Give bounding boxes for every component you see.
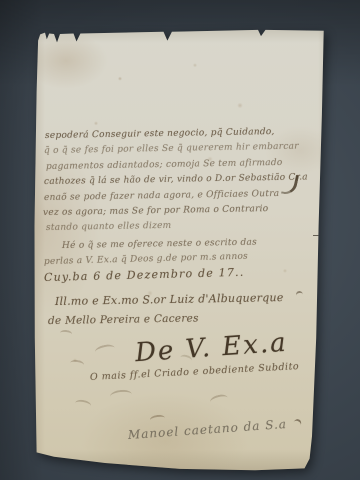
body-line-5: enaõ se pode fazer nada agora, e Officia… [44,189,280,203]
manuscript-paper: sepoderá Conseguir este negocio, pq̃ Cui… [30,25,330,472]
addressee-line-2: de Mello Pereira e Caceres [48,312,199,327]
edge-ink-tick [313,235,321,236]
body-line-9: perlas a V. Ex.a q̃ Deos g.de por m.s an… [44,252,248,267]
ink-bleed-mark [74,399,91,411]
body-line-1: sepoderá Conseguir este negocio, pq̃ Cui… [45,127,275,141]
ink-flourish-stroke [281,173,299,196]
ink-bleed-mark [291,418,302,430]
body-line-7: stando quanto elles dizem [46,221,172,233]
ink-bleed-mark [60,329,73,337]
body-line-10: Cuy.ba 6 de Dezembro de 17.. [44,266,245,284]
photo-background: sepoderá Conseguir este negocio, pq̃ Cui… [0,0,360,480]
ink-bleed-mark [94,343,116,357]
ink-bleed-mark [295,290,303,299]
ink-bleed-mark [109,389,132,402]
body-line-8: Hé o q̃ se me oferece neste o escrito da… [62,238,257,251]
paper-shadow: sepoderá Conseguir este negocio, pq̃ Cui… [0,0,360,480]
body-line-6: vez os agora; mas Se for por Roma o Cont… [43,204,269,218]
body-line-4: cathozes q̃ lá se hão de vir, vindo o D.… [44,172,308,187]
body-line-3: pagamentos adiantados; comoja Se tem afi… [46,158,283,172]
addressee-line-1: Ill.mo e Ex.mo S.or Luiz d'Albuquerque [55,291,284,308]
ink-bleed-mark [70,359,85,369]
closing-line: O mais ff.el Criado e obediente Subdito [90,361,300,383]
body-line-2: q̃ o q̃ se fes foi por elles Se q̃ quere… [44,142,299,156]
ink-bleed-mark [150,414,166,424]
ink-bleed-mark [209,393,229,407]
